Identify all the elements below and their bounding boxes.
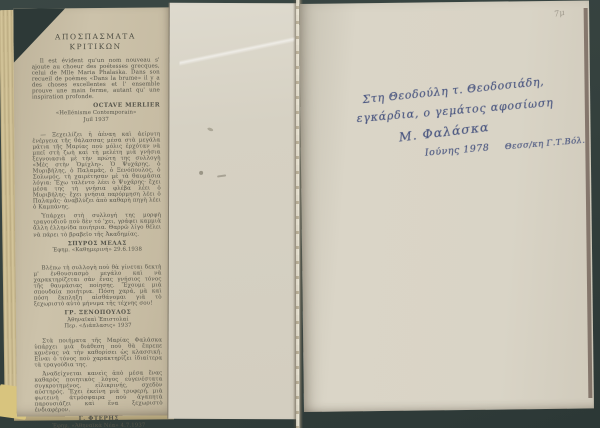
page-title: ΑΠΟΣΠΑΣΜΑΤΑ ΚΡΙΤΙΚΩΝ xyxy=(31,31,159,51)
printed-column: ΑΠΟΣΠΑΣΜΑΤΑ ΚΡΙΤΙΚΩΝ Il est évident qu'u… xyxy=(31,31,162,428)
melas-source: Ἐφημ. «Καθημερινή» 29.6.1938 xyxy=(33,246,161,253)
pencil-note: 7μ xyxy=(553,8,565,19)
greek-excerpt-2: Ὑπάρχει στὴ συλλογή της μορφὴ τραγουδιοῦ… xyxy=(33,213,161,238)
spacer xyxy=(33,252,161,265)
paper-blemish xyxy=(217,174,226,177)
left-page: ΑΠΟΣΠΑΣΜΑΤΑ ΚΡΙΤΙΚΩΝ Il est évident qu'u… xyxy=(13,7,174,416)
paper-crease xyxy=(179,31,294,71)
greek-excerpt-4: Στὰ ποιήματα τῆς Μαρίας Φαλάσκα ὑπάρχει … xyxy=(34,337,162,368)
dedication-place: Θεσσ/κη Γ.Τ.Βόλ. xyxy=(504,136,585,153)
greek-excerpt-3: Βλέπω τὴ συλλογὴ ποὺ θὰ γίνεται δεκτὴ μ'… xyxy=(33,264,161,307)
flyleaf-page xyxy=(167,3,297,419)
book-photo: ΑΠΟΣΠΑΣΜΑΤΑ ΚΡΙΤΙΚΩΝ Il est évident qu'u… xyxy=(0,0,600,428)
french-excerpt: Il est évident qu'un nom nouveau s' ajou… xyxy=(32,57,160,100)
greek-excerpt-1: — Ξεχειλίζει ἡ ἀέναη καὶ ἀείρυτη ἐνέργει… xyxy=(32,131,161,211)
dedication-date: Ιούνης 1978 xyxy=(424,142,489,158)
spine-torn-edge xyxy=(296,0,299,428)
title-line-2: ΚΡΙΤΙΚΩΝ xyxy=(32,41,160,52)
paper-blemish xyxy=(207,127,214,132)
fteris-source: Ἐφημ. «Ἀθηναϊκὰ Νέα» 4.7.1937 xyxy=(35,422,163,428)
paper-blemish xyxy=(199,171,203,175)
greek-excerpt-5: Ἀναδείχνεται κανεὶς ἀπὸ μέσα ἕνας καθαρὸ… xyxy=(34,371,162,414)
signature: Μ. Φαλάσκα xyxy=(398,119,490,145)
french-author: OCTAVE MERLIER xyxy=(32,103,160,110)
right-page: 7μ Στη Θεοδούλη τ. Θεοδοσιάδη, εγκάρδια,… xyxy=(299,0,594,412)
